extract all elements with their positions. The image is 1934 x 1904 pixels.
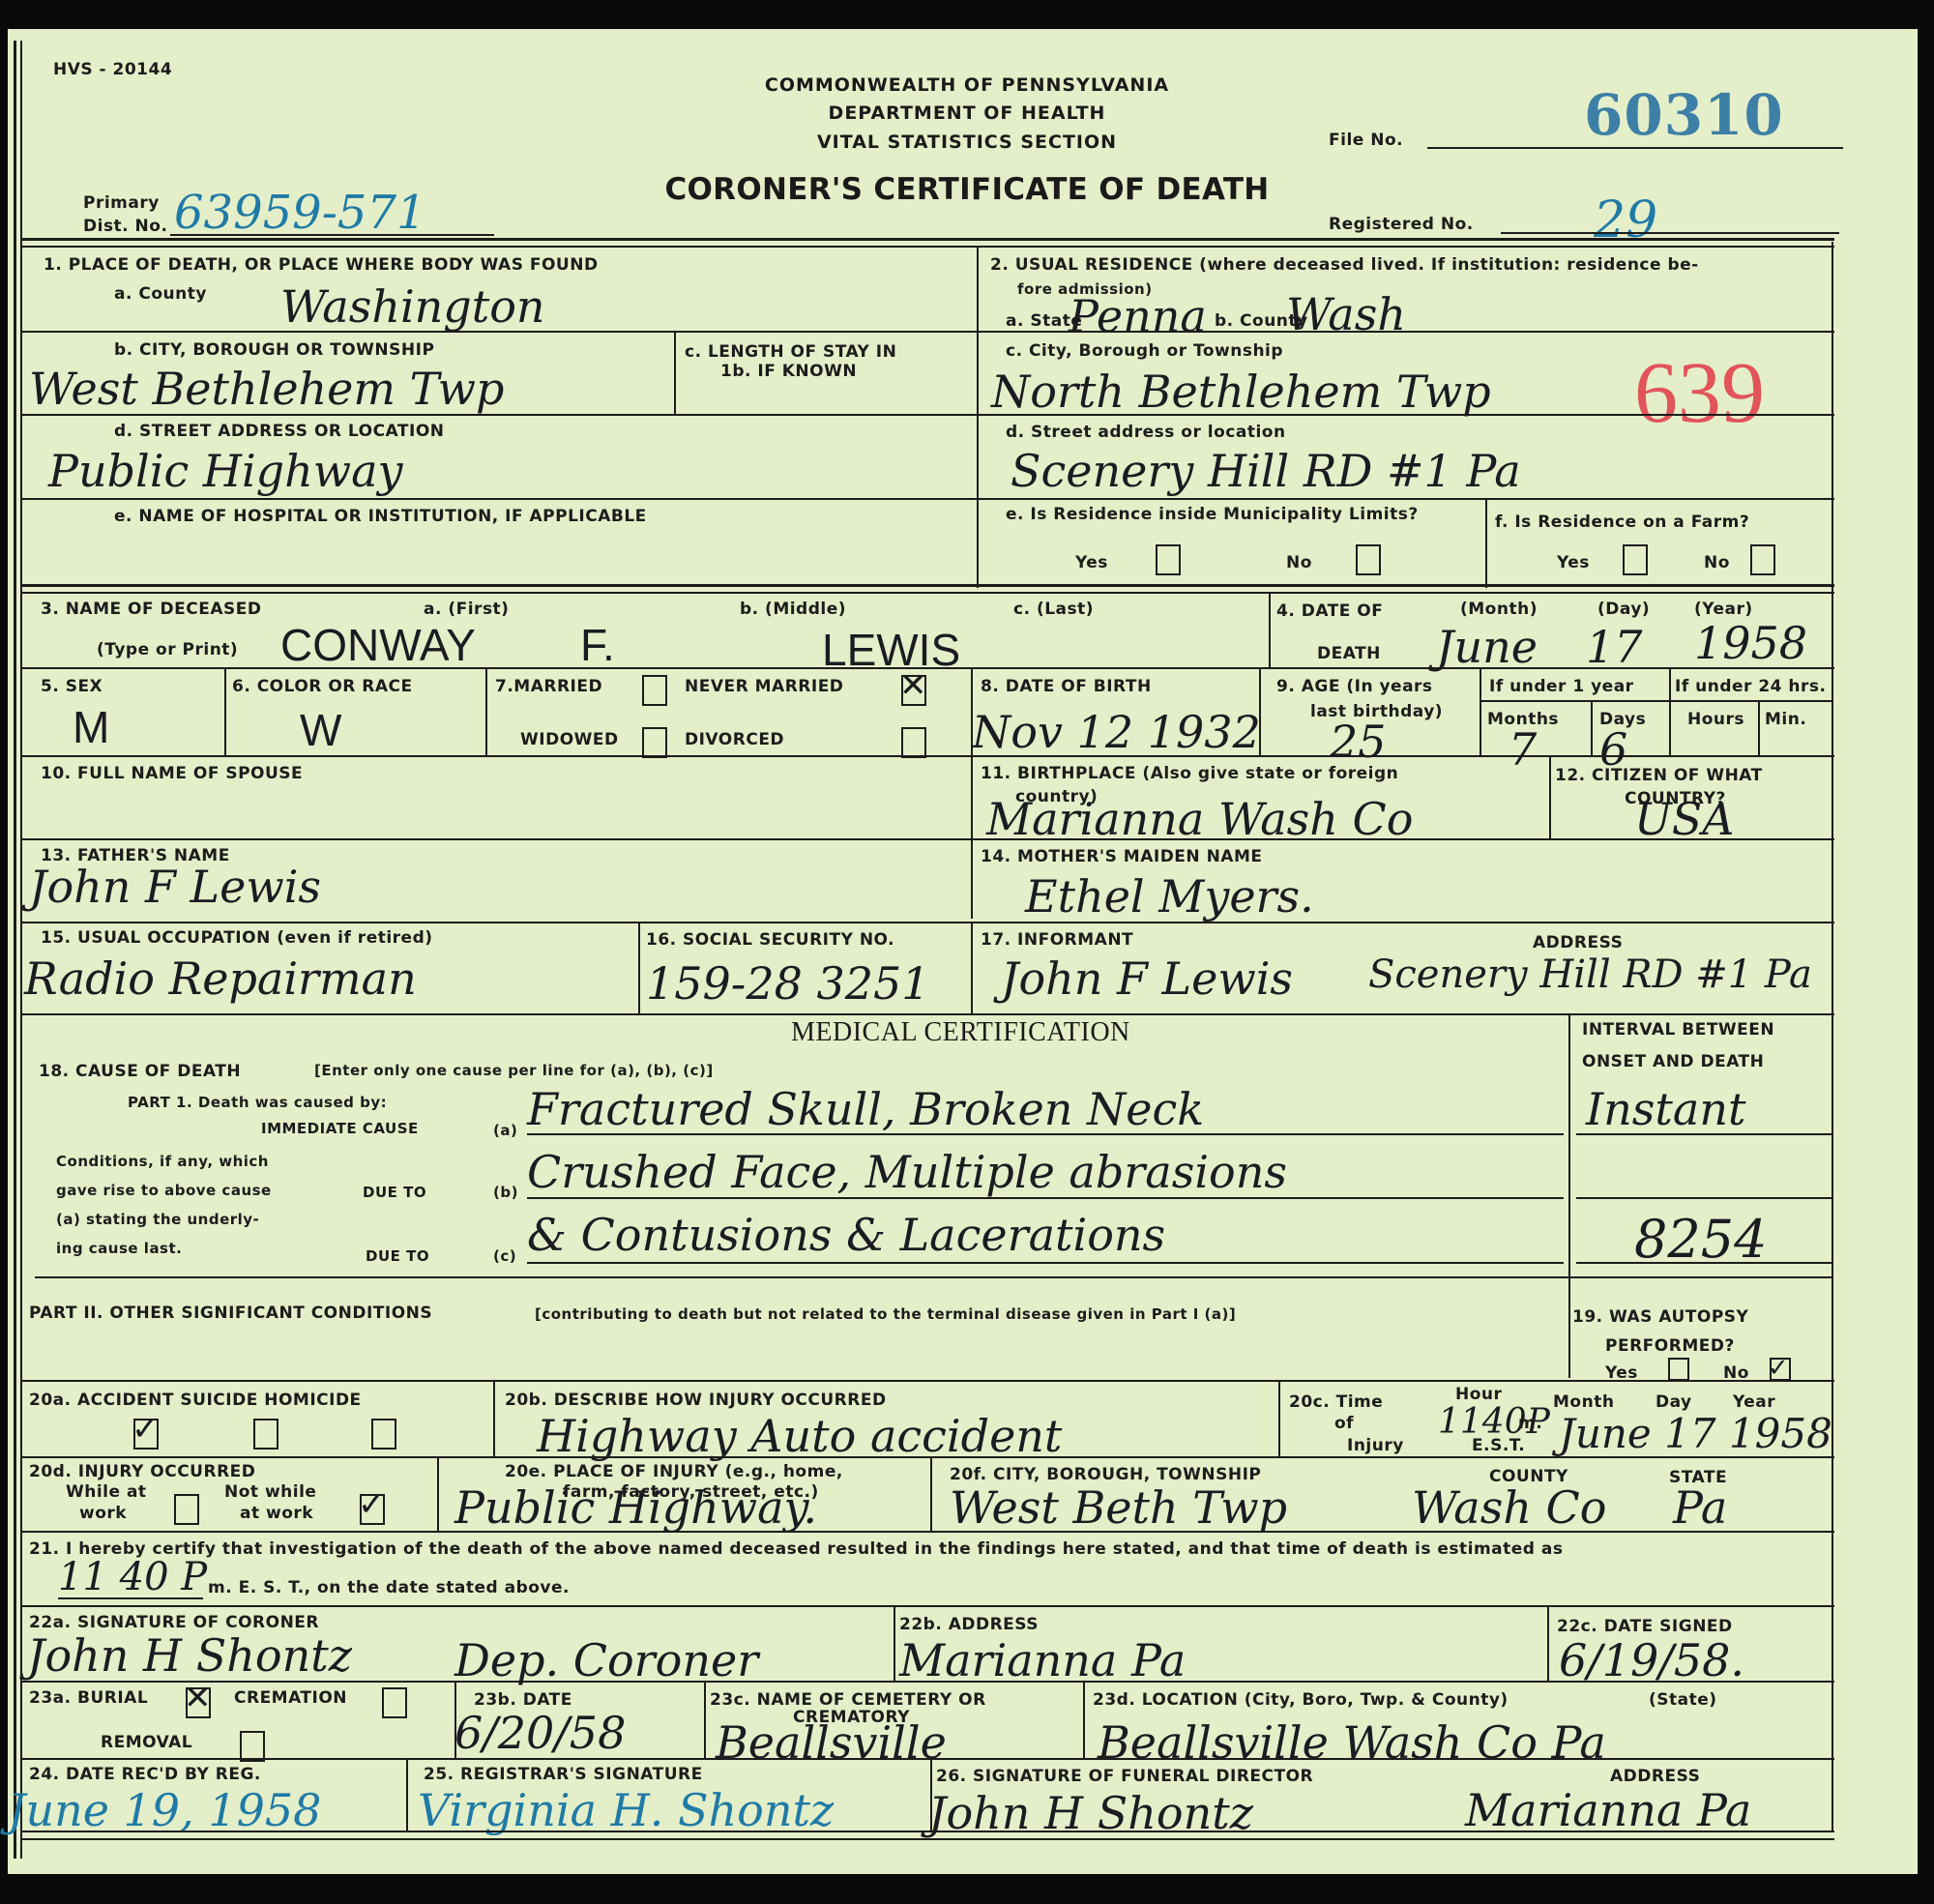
part1-label: PART 1. Death was caused by:	[128, 1094, 387, 1111]
informant-address-label: ADDRESS	[1533, 933, 1623, 952]
divider	[1259, 668, 1261, 755]
date-signed-label: 22c. DATE SIGNED	[1557, 1617, 1733, 1636]
time-of-death-value: 11 40 P	[58, 1555, 207, 1599]
street-label: d. STREET ADDRESS OR LOCATION	[114, 422, 445, 441]
conditions-line-4: ing cause last.	[56, 1240, 182, 1257]
cause-b-line	[527, 1197, 1564, 1199]
due-to-b-label: DUE TO	[363, 1184, 426, 1201]
cause-b-tag: (b)	[493, 1184, 518, 1201]
farm-yes-checkbox[interactable]	[1623, 544, 1648, 575]
primary-dist-value: 63959-571	[174, 186, 426, 240]
left-border-inner	[20, 41, 22, 1859]
due-to-c-label: DUE TO	[366, 1247, 429, 1265]
occurred-label: 20d. INJURY OCCURRED	[29, 1462, 255, 1481]
divider	[894, 1606, 895, 1682]
date-of-death-divider	[1269, 594, 1271, 669]
inside-limits-yes-label: Yes	[1075, 553, 1108, 572]
row-rule	[20, 1531, 1834, 1533]
cause-a-line	[527, 1133, 1564, 1135]
time-of-label: of	[1334, 1414, 1354, 1433]
interval-divider	[1568, 1014, 1570, 1378]
res-city-label: c. City, Borough or Township	[1006, 341, 1283, 361]
manner-label: 20a. ACCIDENT SUICIDE HOMICIDE	[29, 1391, 362, 1410]
min-label: Min.	[1765, 710, 1806, 729]
hours-label: Hours	[1687, 710, 1744, 729]
mother-value: Ethel Myers.	[1025, 870, 1314, 923]
x-mark-icon: ✕	[899, 669, 927, 702]
divorced-label: DIVORCED	[685, 730, 784, 749]
homicide-checkbox[interactable]	[371, 1419, 396, 1450]
citizen-label: 12. CITIZEN OF WHAT	[1555, 766, 1763, 785]
interval-label-2: ONSET AND DEATH	[1582, 1052, 1764, 1071]
check-mark-icon: ✓	[358, 1488, 386, 1521]
autopsy-label: 19. WAS AUTOPSY	[1572, 1307, 1748, 1327]
time-label: 20c. Time	[1289, 1392, 1383, 1412]
registrar-signature-label: 25. REGISTRAR'S SIGNATURE	[424, 1765, 703, 1784]
divider	[437, 1457, 439, 1533]
injury-date-value: June 17 1958	[1559, 1410, 1832, 1457]
city-value: West Bethlehem Twp	[29, 363, 505, 415]
divider	[406, 1759, 408, 1832]
last-name-label: c. (Last)	[1013, 600, 1094, 619]
file-no-stamp: 60310	[1584, 82, 1784, 148]
divider	[1669, 668, 1671, 755]
registrar-signature-value: Virginia H. Shontz	[418, 1784, 834, 1836]
cause-instructions: [Enter only one cause per line for (a), …	[314, 1062, 714, 1079]
funeral-address-value: Marianna Pa	[1465, 1784, 1751, 1836]
bottom-rule-1	[20, 1831, 1834, 1832]
place-of-injury-value: Public Highway.	[454, 1481, 817, 1534]
cause-of-death-label: 18. CAUSE OF DEATH	[39, 1062, 241, 1081]
suicide-checkbox[interactable]	[253, 1419, 278, 1450]
inside-limits-label: e. Is Residence inside Municipality Limi…	[1006, 505, 1419, 524]
autopsy-no-checkbox[interactable]: ✓	[1770, 1358, 1791, 1381]
location-state-label: (State)	[1649, 1690, 1717, 1710]
file-no-underline	[1427, 147, 1843, 149]
row-rule	[20, 1456, 1834, 1458]
accident-checkbox[interactable]: ✓	[133, 1419, 159, 1450]
race-value: W	[300, 704, 341, 756]
divider	[930, 1457, 932, 1533]
section1-divider	[977, 248, 979, 588]
stay-divider	[674, 332, 676, 414]
age-label: 9. AGE (In years	[1276, 677, 1433, 696]
divider	[485, 668, 487, 755]
year-label: (Year)	[1694, 600, 1753, 619]
disposition-date-value: 6/20/58	[454, 1707, 626, 1759]
part2-label: PART II. OTHER SIGNIFICANT CONDITIONS	[29, 1304, 432, 1323]
ssn-value: 159-28 3251	[646, 957, 930, 1010]
injury-city-value: West Beth Twp	[950, 1481, 1287, 1534]
coroner-signature-value: John H Shontz	[27, 1629, 352, 1682]
birthplace-label: 11. BIRTHPLACE (Also give state or forei…	[981, 764, 1398, 783]
cremation-label: CREMATION	[234, 1688, 347, 1708]
citizen-value: USA	[1634, 793, 1735, 845]
describe-value: Highway Auto accident	[537, 1410, 1062, 1462]
row-rule	[20, 414, 978, 416]
under-1-year-label: If under 1 year	[1489, 677, 1634, 696]
section-rule-2	[20, 592, 1834, 594]
widowed-checkbox[interactable]	[642, 727, 667, 758]
injury-state-value: Pa	[1673, 1481, 1727, 1534]
row-rule	[20, 498, 978, 500]
day-label: (Day)	[1597, 600, 1650, 619]
divorced-checkbox[interactable]	[901, 727, 926, 758]
row-rule	[978, 498, 1834, 500]
divider	[1549, 756, 1551, 839]
cremation-checkbox[interactable]	[382, 1687, 407, 1718]
divider	[1480, 668, 1481, 755]
certification-statement: 21. I hereby certify that investigation …	[29, 1539, 1563, 1559]
immediate-cause-label: IMMEDIATE CAUSE	[261, 1120, 419, 1137]
divider	[971, 756, 973, 919]
row-rule	[20, 1605, 1834, 1607]
informant-value: John F Lewis	[1001, 952, 1293, 1005]
never-married-checkbox[interactable]: ✕	[901, 675, 926, 706]
months-value: 7	[1509, 723, 1537, 776]
dob-value: Nov 12 1932	[972, 706, 1261, 758]
interval-label: INTERVAL BETWEEN	[1582, 1020, 1774, 1040]
row-rule	[20, 331, 978, 333]
cemetery-value: Beallsville	[716, 1716, 947, 1769]
res-street-value: Scenery Hill RD #1 Pa	[1011, 445, 1521, 497]
dist-no-underline	[170, 234, 494, 236]
primary-dist-label: Primary	[83, 193, 160, 213]
divider	[493, 1381, 495, 1456]
row-rule	[20, 1380, 1834, 1382]
date-of-death-label: 4. DATE OF	[1276, 601, 1383, 621]
injury-day-label: Day	[1656, 1392, 1692, 1412]
date-recd-value: June 19, 1958	[8, 1784, 321, 1836]
registered-no-underline	[1501, 232, 1839, 234]
while-at-work-checkbox[interactable]	[174, 1494, 199, 1525]
file-no-label: File No.	[1329, 131, 1403, 150]
cause-b-value: Crushed Face, Multiple abrasions	[527, 1146, 1287, 1198]
location-value: Beallsville Wash Co Pa	[1098, 1716, 1606, 1769]
location-label: 23d. LOCATION (City, Boro, Twp. & County…	[1093, 1690, 1509, 1710]
hospital-label: e. NAME OF HOSPITAL OR INSTITUTION, IF A…	[114, 507, 647, 526]
date-recd-label: 24. DATE REC'D BY REG.	[29, 1765, 261, 1784]
place-of-death-heading: 1. PLACE OF DEATH, OR PLACE WHERE BODY W…	[44, 255, 599, 275]
farm-yes-label: Yes	[1557, 553, 1590, 572]
birthplace-value: Marianna Wash Co	[986, 793, 1413, 845]
medical-certification-heading: MEDICAL CERTIFICATION	[791, 1017, 1130, 1048]
burial-label: 23a. BURIAL	[29, 1688, 148, 1708]
death-day-value: 17	[1586, 621, 1643, 673]
part2-instructions: [contributing to death but not related t…	[535, 1305, 1236, 1323]
row-rule	[20, 755, 1834, 757]
row-rule	[20, 667, 1834, 669]
death-month-value: June	[1436, 621, 1538, 673]
bottom-rule-2	[20, 1838, 1834, 1840]
injury-month-label: Month	[1553, 1392, 1614, 1412]
usual-residence-heading: 2. USUAL RESIDENCE (where deceased lived…	[990, 255, 1699, 275]
coroner-address-label: 22b. ADDRESS	[899, 1615, 1039, 1634]
divider	[1591, 700, 1593, 755]
interval-a-line	[1576, 1133, 1832, 1135]
never-married-label: NEVER MARRIED	[685, 677, 843, 696]
not-while-label: Not while	[224, 1482, 316, 1502]
race-label: 6. COLOR OR RACE	[232, 677, 413, 696]
divider	[704, 1682, 706, 1759]
header-rule-2	[20, 246, 1834, 248]
name-label: 3. NAME OF DECEASED	[41, 600, 261, 619]
middle-name-label: b. (Middle)	[740, 600, 846, 619]
under-24-label: If under 24 hrs.	[1675, 677, 1826, 696]
not-while-label-2: at work	[240, 1504, 313, 1523]
divider	[224, 668, 226, 755]
row-rule	[20, 1758, 1834, 1760]
cemetery-label: 23c. NAME OF CEMETERY OR	[710, 1690, 986, 1710]
row-rule	[20, 1013, 1834, 1015]
coroner-title-value: Dep. Coroner	[454, 1634, 758, 1686]
inside-limits-no-checkbox[interactable]	[1356, 544, 1381, 575]
autopsy-yes-checkbox[interactable]	[1668, 1358, 1689, 1381]
time-injury-label: Injury	[1347, 1436, 1404, 1455]
county-label: a. County	[114, 284, 207, 304]
while-at-work-label-2: work	[79, 1504, 127, 1523]
burial-checkbox[interactable]: ✕	[186, 1687, 211, 1718]
sex-value: M	[73, 701, 109, 753]
county-value: Washington	[280, 280, 545, 333]
hour-suffix: m.	[1518, 1414, 1542, 1433]
divider	[1758, 700, 1760, 755]
row-rule	[978, 414, 1834, 416]
not-while-at-work-checkbox[interactable]: ✓	[360, 1494, 385, 1525]
street-value: Public Highway	[48, 445, 403, 497]
injury-year-label: Year	[1733, 1392, 1775, 1412]
res-street-label: d. Street address or location	[1006, 423, 1286, 442]
married-label: 7.MARRIED	[495, 677, 602, 696]
married-checkbox[interactable]	[642, 675, 667, 706]
cause-c-value: & Contusions & Lacerations	[527, 1209, 1165, 1261]
place-of-injury-label: 20e. PLACE OF INJURY (e.g., home,	[505, 1462, 843, 1481]
divider	[971, 923, 973, 1013]
sex-label: 5. SEX	[41, 677, 103, 696]
divider	[1278, 1381, 1280, 1456]
father-value: John F Lewis	[29, 861, 321, 913]
state-value: Penna	[1069, 290, 1207, 342]
res-city-value: North Bethlehem Twp	[991, 366, 1491, 418]
farm-divider	[1485, 499, 1487, 588]
inside-limits-no-label: No	[1286, 553, 1312, 572]
removal-label: REMOVAL	[101, 1733, 192, 1752]
spouse-label: 10. FULL NAME OF SPOUSE	[41, 764, 303, 783]
header-rule-1	[20, 238, 1834, 241]
left-border	[14, 41, 16, 1859]
length-of-stay-label-2: 1b. IF KNOWN	[720, 362, 857, 381]
funeral-director-label: 26. SIGNATURE OF FUNERAL DIRECTOR	[936, 1767, 1313, 1786]
informant-address-value: Scenery Hill RD #1 Pa	[1368, 952, 1812, 997]
death-year-value: 1958	[1694, 617, 1807, 669]
interval-b-line	[1576, 1197, 1832, 1199]
first-name-value: CONWAY	[280, 619, 476, 671]
interval-c-line	[1576, 1262, 1832, 1264]
cause-c-tag: (c)	[493, 1247, 516, 1265]
middle-name-value: F.	[580, 619, 615, 671]
funeral-address-label: ADDRESS	[1610, 1767, 1700, 1786]
occupation-label: 15. USUAL OCCUPATION (even if retired)	[41, 928, 433, 948]
type-or-print-label: (Type or Print)	[97, 640, 238, 659]
autopsy-label-2: PERFORMED?	[1605, 1336, 1735, 1356]
conditions-line-1: Conditions, if any, which	[56, 1153, 269, 1170]
farm-no-checkbox[interactable]	[1750, 544, 1775, 575]
time-of-death-line	[58, 1597, 203, 1599]
right-border	[1831, 242, 1833, 1832]
farm-label: f. Is Residence on a Farm?	[1495, 513, 1749, 532]
month-label: (Month)	[1460, 600, 1538, 619]
interval-a-value: Instant	[1586, 1083, 1745, 1135]
date-signed-value: 6/19/58.	[1559, 1634, 1744, 1686]
ssn-label: 16. SOCIAL SECURITY NO.	[646, 930, 894, 950]
describe-label: 20b. DESCRIBE HOW INJURY OCCURRED	[505, 1391, 887, 1410]
dob-label: 8. DATE OF BIRTH	[981, 677, 1152, 696]
interval-c-value: 8254	[1634, 1209, 1767, 1270]
registered-no-value: 29	[1594, 191, 1657, 249]
cause-a-tag: (a)	[493, 1122, 517, 1139]
informant-label: 17. INFORMANT	[981, 930, 1133, 950]
coroner-address-value: Marianna Pa	[899, 1634, 1186, 1686]
conditions-line-3: (a) stating the underly-	[56, 1211, 259, 1228]
divider	[1547, 1606, 1549, 1682]
hour-label: Hour	[1455, 1385, 1502, 1404]
row-rule	[20, 1681, 1834, 1683]
est-label: E.S.T.	[1472, 1436, 1525, 1455]
registered-no-label: Registered No.	[1329, 215, 1474, 234]
divider	[1083, 1682, 1085, 1759]
age-value: 25	[1330, 716, 1387, 768]
cause-c-line	[527, 1262, 1564, 1264]
x-mark-icon: ✕	[184, 1682, 212, 1714]
sub-rule	[1480, 700, 1833, 702]
divider	[638, 923, 640, 1013]
cause-a-value: Fractured Skull, Broken Neck	[527, 1083, 1204, 1135]
part1-bottom-rule	[35, 1276, 1832, 1278]
while-at-work-label: While at	[66, 1482, 147, 1502]
city-label: b. CITY, BOROUGH OR TOWNSHIP	[114, 340, 434, 360]
length-of-stay-label: c. LENGTH OF STAY IN	[685, 342, 896, 362]
row-rule	[20, 838, 1834, 840]
death-label: DEATH	[1317, 644, 1381, 663]
inside-limits-yes-checkbox[interactable]	[1156, 544, 1181, 575]
section-rule	[20, 584, 1834, 587]
first-name-label: a. (First)	[424, 600, 509, 619]
check-mark-icon: ✓	[132, 1413, 160, 1446]
mother-label: 14. MOTHER'S MAIDEN NAME	[981, 847, 1262, 866]
row-rule	[978, 331, 1834, 333]
widowed-label: WIDOWED	[520, 730, 619, 749]
conditions-line-2: gave rise to above cause	[56, 1182, 272, 1199]
red-annotation: 639	[1634, 343, 1765, 443]
row-rule	[20, 922, 1834, 923]
occupation-value: Radio Repairman	[24, 952, 417, 1005]
dist-no-label: Dist. No.	[83, 217, 167, 236]
injury-county-value: Wash Co	[1412, 1481, 1606, 1534]
farm-no-label: No	[1704, 553, 1730, 572]
time-suffix: m. E. S. T., on the date stated above.	[208, 1578, 570, 1597]
